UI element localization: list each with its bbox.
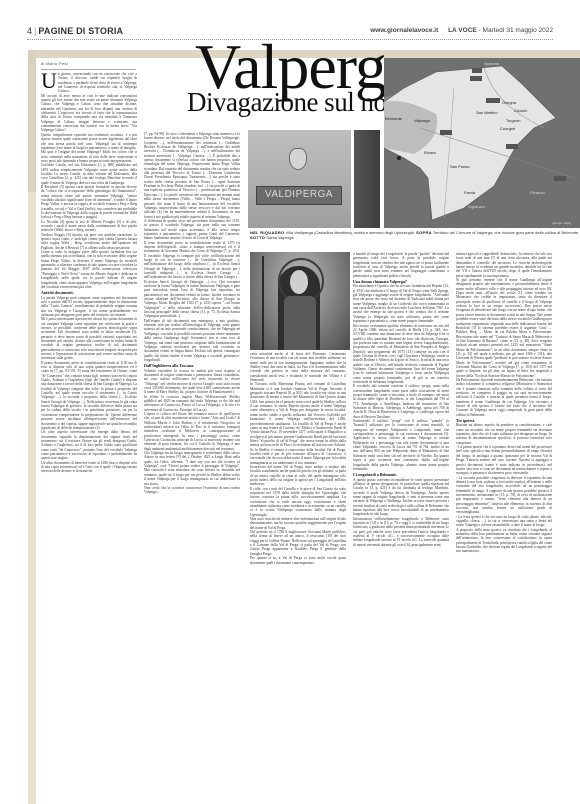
map-label: Cuorgnè xyxy=(500,126,515,131)
map-label: Ciconio xyxy=(514,108,527,113)
paragraph: Incuriosito dal nome Val di Perga, sono … xyxy=(250,465,346,487)
territory-map: Sparone Ozegna Ciconio San Martino Torgn… xyxy=(384,58,580,228)
issue-date: Martedì 31 maggio 2022 xyxy=(483,27,553,34)
paragraph: Goffredo Casalis, nel suo Dizionario [1,… xyxy=(41,163,137,185)
paragraph: Volendo estendere la ricerca in ambiti p… xyxy=(144,369,240,395)
paragraph: attrezzi agricoli e suppellettili domest… xyxy=(456,252,552,278)
map-label: Torgnon xyxy=(506,118,520,123)
paragraph: certa notorietà anche al di fuori del Pi… xyxy=(250,352,346,382)
map-label: Oglianico xyxy=(468,204,485,209)
paragraph: Mi è parso interessante ripercorrere alc… xyxy=(41,317,137,360)
paragraph: Come si vede, la maggior parte delle ipo… xyxy=(41,250,137,289)
map-label: San Ponso xyxy=(450,164,470,169)
paragraph: Un altro documento di interesse risale a… xyxy=(41,461,137,474)
plaque-sign: VALDIPERGA xyxy=(256,186,342,205)
paragraph: Rimane un ultimo aspetto da prendere in … xyxy=(456,423,552,445)
paragraph: Che Valperga sia un luogo immaginario è … xyxy=(144,451,240,486)
map-label: Rivarolo xyxy=(530,190,545,195)
paragraph: Informazioni sull'insediamento longobard… xyxy=(353,517,449,547)
paragraph: Ma qual è l'origine del nome Valperga? M… xyxy=(41,150,137,163)
section-heading: 4|PAGINE DI STORIA xyxy=(27,26,123,36)
paragraph: Da Pulcromonte discende immediatamente B… xyxy=(456,378,552,417)
plaque-photo: VALDIPERGA xyxy=(248,130,351,228)
paragraph: In Toscana, nella Maremma Pisana, nel co… xyxy=(250,382,346,447)
map-label: Ozegna xyxy=(502,100,516,105)
caption-text-below: Santa Valperga xyxy=(266,235,293,240)
map-label: Valperga xyxy=(414,118,430,123)
paragraph: - La seconda possibile congettura fa der… xyxy=(456,476,552,515)
drop-cap: U xyxy=(41,72,57,90)
paragraph: A questo punto conviene riconsiderare le… xyxy=(353,478,449,517)
paragraph: - La terza ipotesi è che sia stato un lu… xyxy=(456,515,552,528)
paragraph: A differenza di quanto visto nel precede… xyxy=(144,219,240,241)
paragraph: Nel periodo tra il 1786 il miglioratore … xyxy=(250,530,346,556)
caption-label-above: SOPRA xyxy=(416,230,432,235)
paragraph: Questo insignificante episodio ma realme… xyxy=(41,133,137,150)
paragraph: Teodoro Boggio [6] riporta, sia pure con… xyxy=(41,233,137,250)
paragraph: Il vocabolo tale termine contiene il suf… xyxy=(353,384,449,419)
paragraph: Per quanto si sa, a Val di Perga vi sono… xyxy=(250,556,346,565)
robe-shape xyxy=(284,296,316,350)
paragraph: Se la Shelley è venuta a conoscenza dell… xyxy=(250,448,346,465)
map-label: Sparone xyxy=(484,61,499,66)
map-label: Favria xyxy=(464,190,475,195)
publication-name: LA VOCE xyxy=(448,27,477,34)
byline: di Mario Pesi xyxy=(41,61,68,66)
column-2: [7, pp. 94-98]. In esso i riferimenti a … xyxy=(144,132,240,804)
paragraph: Ho cercato ovviamente qualche elemento d… xyxy=(353,324,449,385)
map-graphic xyxy=(384,58,580,228)
map-label: Belmonte xyxy=(385,116,402,121)
paragraph: Sostituendo il suffisso "perga" con il s… xyxy=(353,419,449,471)
face-shape xyxy=(290,270,308,294)
paragraph: Un altro aspetto interessante che emerge… xyxy=(41,430,137,460)
caption-text-inset: Villa Valdiperga (Castellina Marittima),… xyxy=(286,230,415,235)
column-1: U n giorno, conversando con un conoscent… xyxy=(41,72,137,804)
paragraph: - La prima ipotesi che il toponimo deriv… xyxy=(456,445,552,475)
caption-label-below: SOTTO xyxy=(250,235,265,240)
paragraph: o banditi al tempo dei Longobardi, la pa… xyxy=(353,252,449,278)
map-label: San Martino xyxy=(476,110,498,115)
column-3: o banditi al tempo dei Longobardi, la pa… xyxy=(353,252,449,804)
paragraph: A proposito della terza ipotesi, va rico… xyxy=(456,528,552,554)
photo-caption: NEL RIQUADRO Villa Valdiperga (Castellin… xyxy=(250,230,580,240)
map-credit: (google maps) xyxy=(552,221,571,225)
coat-of-arms-icon xyxy=(289,148,307,170)
map-label: Rivara xyxy=(424,150,436,155)
separator: | xyxy=(34,26,36,36)
saint-photo-strip xyxy=(354,130,380,228)
saint-valperga-image xyxy=(250,252,350,350)
paragraph: Lo Nicolini [4] sposa la tesi di Alberto… xyxy=(41,220,137,233)
caption-text-above: Territorio del Comune di Valperga, che i… xyxy=(433,230,579,235)
paragraph: Il terzo documento preso in considerazio… xyxy=(144,241,240,319)
section-name: PAGINE DI STORIA xyxy=(38,26,123,36)
column-4: attrezzi agricoli e suppellettili domest… xyxy=(456,252,552,804)
paragraph: L'opera si colloca nel filone del romanz… xyxy=(144,412,240,451)
paragraph: Mi accorsi di aver messo in crisi le mie… xyxy=(41,94,137,133)
paragraph: La parola Valperga però compare come top… xyxy=(41,296,137,318)
paragraph: Si può pertanto ritenere che il nome Gua… xyxy=(456,278,552,378)
paragraph: Non credo che la scrittrice conoscesse l… xyxy=(144,486,240,495)
paragraph: Il colle, con i resti del Castello e la … xyxy=(250,487,346,517)
plaque-sign-text: VALDIPERGA xyxy=(257,189,341,200)
column-2b: certa notorietà anche al di fuori del Pi… xyxy=(250,352,346,804)
crozier-icon xyxy=(262,256,264,350)
paragraph: Il Bertolotti [3] riporta varie ipotesi … xyxy=(41,185,137,220)
paragraph: Dall'esame di tali documenti non emergon… xyxy=(144,319,240,362)
byline-rule xyxy=(41,69,136,70)
paragraph: Più stimolante è l'ipotesi che ho trovat… xyxy=(353,284,449,323)
paragraph: Non sono riuscito ad ottenere altre info… xyxy=(250,517,346,530)
paragraph: [7, pp. 94-98]. In esso i riferimenti a … xyxy=(144,132,240,219)
paragraph: Il primo documento preso in considerazio… xyxy=(41,361,137,431)
frame-left-band xyxy=(28,50,36,192)
page-number: 4 xyxy=(27,26,32,36)
paragraph: In effetti la scrittrice inglese Mary Wo… xyxy=(144,395,240,412)
